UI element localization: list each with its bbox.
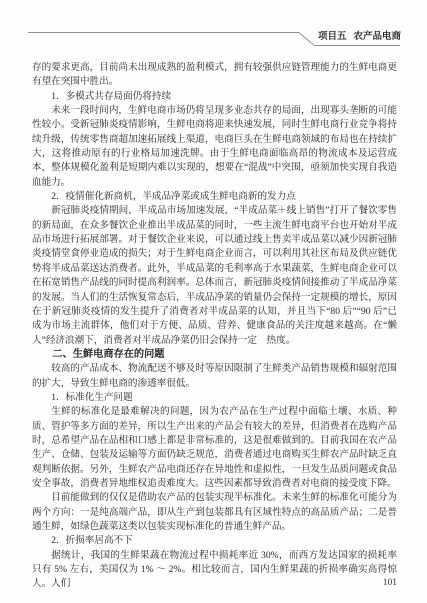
paragraph: 生鲜的标准化是最难解决的问题，因为农产品在生产过程中面临土壤、水质、种质、管护等… (32, 405, 397, 491)
running-head: 项目五农产品电商 (318, 31, 400, 43)
page-body: 存的要求更高，目前尚未出现成熟的盈利模式，拥有较强供应链管理能力的生鲜电商更有望… (32, 61, 397, 592)
page-number: 101 (383, 578, 397, 588)
chapter-label: 项目五 (318, 31, 347, 42)
paragraph: 据统计，我国的生鲜果蔬在物流过程中损耗率近 30%，而西方发达国家的损耗率只有 … (32, 549, 397, 592)
header-rule-right (314, 45, 400, 46)
paragraph: 目前能做到的仅仅是借助农产品的包装实现半标准化。未来生鲜的标准化可能分为两个方向… (32, 491, 397, 534)
paragraph-continued: 存的要求更高，目前尚未出现成熟的盈利模式，拥有较强供应链管理能力的生鲜电商更有望… (32, 61, 397, 90)
numbered-heading: 2．疫情催化新商机，半成品净菜或成生鲜电商新的发力点 (32, 190, 397, 204)
section-heading: 二、生鲜电商存在的问题 (32, 348, 397, 362)
numbered-heading: 1．多模式共存局面仍将持续 (32, 90, 397, 104)
header-slash (298, 32, 314, 46)
header-rule-left (28, 32, 299, 33)
numbered-heading: 2．折损率居高不下 (32, 534, 397, 548)
paragraph: 未来一段时间内，生鲜电商市场仍将呈现多业态共存的局面，出现寡头垄断的可能性较小。… (32, 104, 397, 190)
chapter-title: 农产品电商 (354, 31, 402, 42)
numbered-heading: 1．标准化生产问题 (32, 391, 397, 405)
paragraph: 新冠肺炎疫情期间，半成品市场加速发展，“半成品菜＋线上销售”打开了餐饮零售的新局… (32, 204, 397, 347)
book-page: 项目五农产品电商 存的要求更高，目前尚未出现成熟的盈利模式，拥有较强供应链管理能… (0, 0, 427, 603)
paragraph: 较高的产品成本、物流配送不够及时等原因限制了生鲜类产品销售规模和辐射范围的扩大，… (32, 362, 397, 391)
